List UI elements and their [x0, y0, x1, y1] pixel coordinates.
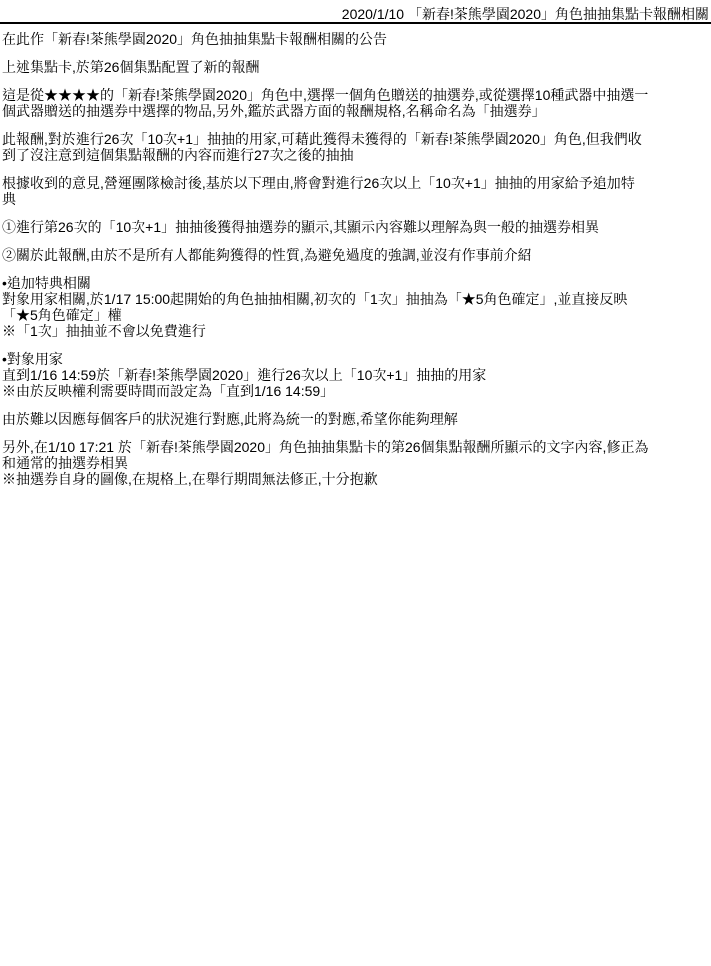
announcement-page: 2020/1/10 「新春!茶熊學園2020」角色抽抽集點卡報酬相關 在此作「新…: [0, 0, 711, 966]
paragraph-ticket-detail: 這是從★★★★的「新春!茶熊學園2020」角色中,選擇一個角色贈送的抽選券,或從…: [2, 87, 709, 119]
paragraph-new-reward: 上述集點卡,於第26個集點配置了新的報酬: [2, 59, 709, 75]
paragraph-team-review: 根據收到的意見,營運團隊檢討後,基於以下理由,將會對進行26次以上「10次+1」…: [2, 175, 709, 207]
paragraph-uniform-policy: 由於難以因應每個客戶的狀況進行對應,此將為統一的對應,希望你能夠理解: [2, 411, 709, 427]
page-header-title: 2020/1/10 「新春!茶熊學園2020」角色抽抽集點卡報酬相關: [0, 0, 711, 22]
announcement-intro: 在此作「新春!茶熊學園2020」角色抽抽集點卡報酬相關的公告: [2, 31, 709, 47]
section-target-users: •對象用家 直到1/16 14:59於「新春!茶熊學園2020」進行26次以上「…: [2, 351, 709, 399]
reason-item-1: ①進行第26次的「10次+1」抽抽後獲得抽選券的顯示,其顯示內容難以理解為與一般…: [2, 219, 709, 235]
reason-item-2: ②關於此報酬,由於不是所有人都能夠獲得的性質,為避免過度的強調,並沒有作事前介紹: [2, 247, 709, 263]
paragraph-reward-issue: 此報酬,對於進行26次「10次+1」抽抽的用家,可藉此獲得未獲得的「新春!茶熊學…: [2, 131, 709, 163]
section-bonus-detail: •追加特典相關 對象用家相關,於1/17 15:00起開始的角色抽抽相關,初次的…: [2, 275, 709, 339]
announcement-body: 在此作「新春!茶熊學園2020」角色抽抽集點卡報酬相關的公告 上述集點卡,於第2…: [0, 24, 711, 487]
paragraph-text-correction: 另外,在1/10 17:21 於「新春!茶熊學園2020」角色抽抽集點卡的第26…: [2, 439, 709, 487]
